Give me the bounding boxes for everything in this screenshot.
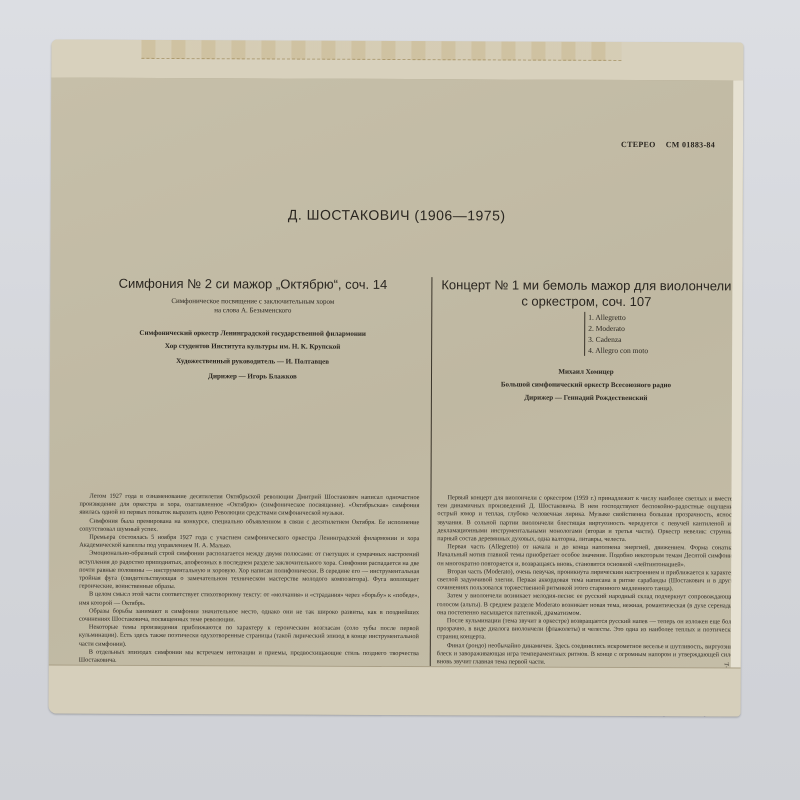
right-work: Концерт № 1 ми бемоль мажор для виолонче…	[436, 277, 737, 405]
performer-line: Хор студентов Института культуры им. Н. …	[80, 340, 425, 355]
right-liner-notes: Первый концерт для виолончели с оркестро…	[437, 494, 738, 668]
movement-item: 4. Allegro con moto	[588, 345, 648, 356]
right-performers: Михаил Хомицер Большой симфонический орк…	[436, 365, 736, 405]
note-paragraph: Летом 1927 года в ознаменование десятиле…	[79, 493, 419, 519]
left-performers: Симфонический оркестр Ленинградской госу…	[80, 327, 425, 385]
note-paragraph: В отдельных эпизодах симфонии мы встреча…	[79, 648, 419, 666]
performer-line: Дирижер — Игорь Блажков	[80, 370, 425, 385]
column-divider	[430, 277, 433, 669]
performer-line: Художественный руководитель — И. Полтавц…	[80, 355, 425, 370]
movement-item: 3. Cadenza	[588, 334, 648, 345]
sleeve-edge	[731, 80, 744, 668]
left-work-title: Симфония № 2 си мажор „Октябрю“, соч. 14	[80, 276, 425, 294]
stereo-label: СТЕРЕО	[621, 140, 656, 149]
note-paragraph: Некоторые темы произведения приближаются…	[79, 624, 419, 650]
performer-line: Дирижер — Геннадий Рождественский	[436, 391, 736, 405]
left-work-subtitle: Симфоническое посвящение с заключительны…	[80, 297, 425, 317]
composer-heading: Д. ШОСТАКОВИЧ (1906—1975)	[51, 205, 743, 224]
title-line: Концерт № 1 ми бемоль мажор для виолонче…	[436, 277, 736, 294]
movement-list: 1. Allegretto 2. Moderato 3. Cadenza 4. …	[584, 312, 648, 356]
top-flap	[51, 39, 743, 81]
ink-dot	[339, 715, 343, 717]
note-paragraph: Премьера состоялась 5 ноября 1927 года с…	[79, 534, 419, 552]
left-work: Симфония № 2 си мажор „Октябрю“, соч. 14…	[80, 276, 425, 385]
title-line: с оркестром, соч. 107	[436, 293, 736, 310]
performer-line: Большой симфонический оркестр Всесоюзног…	[436, 378, 736, 392]
subtitle-line: на слова А. Безыменского	[80, 306, 425, 317]
note-paragraph: Симфония была премирована на конкурсе, с…	[79, 517, 419, 535]
sleeve-face: СТЕРЕОСМ 01883-84 Д. ШОСТАКОВИЧ (1906—19…	[49, 77, 744, 668]
note-paragraph: Первый концерт для виолончели с оркестро…	[437, 494, 737, 545]
note-paragraph: Затем у виолончели возникает мелодия-пес…	[437, 593, 737, 619]
water-stain	[141, 40, 621, 61]
note-paragraph: Образы борьбы занимают в симфонии значит…	[79, 607, 419, 625]
note-paragraph: После кульминации (тема звучит в оркестр…	[437, 617, 737, 643]
note-paragraph: В целом смысл этой части соответствует с…	[79, 591, 419, 609]
right-work-title: Концерт № 1 ми бемоль мажор для виолонче…	[436, 277, 736, 310]
record-sleeve-back: СТЕРЕОСМ 01883-84 Д. ШОСТАКОВИЧ (1906—19…	[49, 39, 744, 716]
left-liner-notes: Летом 1927 года в ознаменование десятиле…	[79, 493, 420, 667]
movement-item: 2. Moderato	[588, 323, 648, 334]
bottom-flap	[49, 664, 741, 716]
note-paragraph: Первая часть (Allegretto) от начала и до…	[437, 543, 737, 569]
note-paragraph: Эмоционально-образный строй симфонии рас…	[79, 550, 419, 592]
note-paragraph: Финал (рондо) необычайно динамичен. Здес…	[437, 642, 737, 668]
performer-line: Михаил Хомицер	[436, 365, 736, 379]
catalog-code: СМ 01883-84	[666, 140, 715, 149]
note-paragraph: Вторая часть (Moderato), очень певучая, …	[437, 568, 737, 594]
movement-item: 1. Allegretto	[588, 312, 648, 323]
catalog-number: СТЕРЕОСМ 01883-84	[611, 140, 715, 149]
